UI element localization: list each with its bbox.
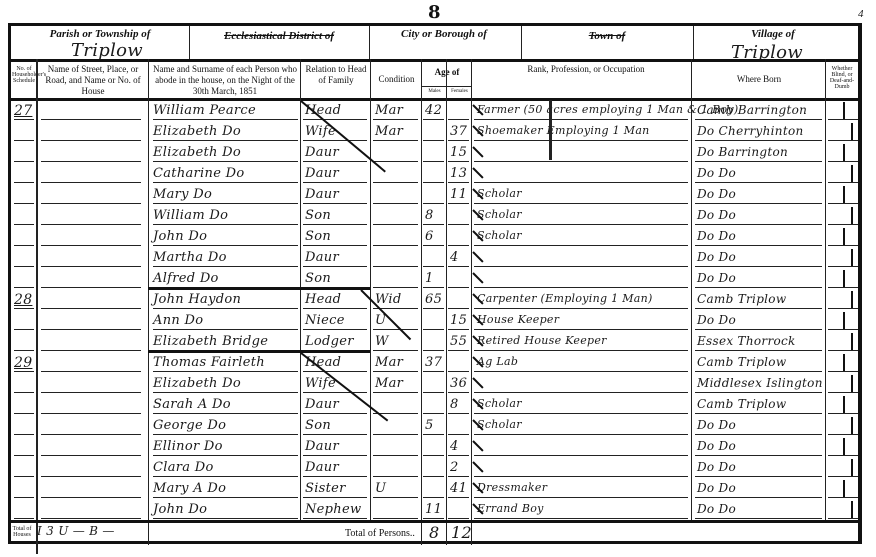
males-header: Males (422, 89, 447, 95)
rule-line (14, 287, 34, 288)
occupation-cell: Shoemaker Employing 1 Man (477, 124, 650, 137)
rule-line (153, 455, 298, 456)
relation-cell: Sister (305, 481, 346, 496)
name-cell: William Do (153, 208, 228, 223)
relation-cell: Head (305, 292, 341, 307)
rule-line (303, 161, 367, 162)
female-age-cell: 41 (450, 481, 467, 496)
tally-mark (851, 291, 853, 308)
column-divider (471, 521, 472, 545)
rule-line (695, 308, 822, 309)
rule-line (41, 245, 141, 246)
relation-header: Relation to Head of Family (301, 64, 371, 86)
rule-line (448, 308, 469, 309)
rule-line (695, 455, 822, 456)
condition-cell: Mar (375, 103, 403, 118)
rule-line (695, 371, 822, 372)
total-males: 8 (429, 523, 439, 542)
born-header: Where Born (693, 74, 825, 85)
birthplace-cell: Do Do (697, 439, 736, 453)
rule-line (303, 140, 367, 141)
rule-line (474, 182, 688, 183)
rule-line (14, 245, 34, 246)
column-divider (421, 59, 422, 521)
rule-line (448, 245, 469, 246)
column-divider (446, 521, 447, 545)
rule-line (828, 413, 858, 414)
tally-mark (851, 501, 853, 518)
rule-line (695, 413, 822, 414)
town-label: Town of (521, 31, 693, 42)
male-age-cell: 8 (425, 208, 434, 223)
female-age-cell: 36 (450, 376, 467, 391)
column-divider (549, 100, 552, 160)
rule-line (828, 119, 858, 120)
relation-cell: Daur (305, 187, 339, 202)
rule-line (14, 413, 34, 414)
rule-line (448, 329, 469, 330)
rule-line (303, 518, 367, 519)
rule-line (373, 266, 418, 267)
birthplace-cell: Do Cherryhinton (697, 124, 804, 138)
rule-line (474, 371, 688, 372)
tally-mark (843, 144, 845, 161)
rule-line (423, 518, 444, 519)
rule-line (695, 182, 822, 183)
relation-cell: Head (305, 355, 341, 370)
birthplace-cell: Middlesex Islington (697, 376, 823, 390)
name-cell: Elizabeth Do (153, 376, 241, 391)
female-age-cell: 55 (450, 334, 467, 349)
rule-line (828, 350, 858, 351)
rule-line (148, 287, 370, 290)
rule-line (695, 224, 822, 225)
rule-line (695, 203, 822, 204)
relation-cell: Son (305, 229, 331, 244)
rule-line (423, 224, 444, 225)
birthplace-cell: Do Do (697, 502, 736, 516)
rule-line (41, 476, 141, 477)
rule-line (14, 161, 34, 162)
rule-line (828, 329, 858, 330)
rule-line (423, 434, 444, 435)
rule-line (153, 266, 298, 267)
rule-line (448, 266, 469, 267)
birthplace-cell: Do Do (697, 187, 736, 201)
rule-line (303, 497, 367, 498)
tally-mark (843, 396, 845, 413)
rule-line (14, 266, 34, 267)
rule-line (423, 287, 444, 288)
rule-line (423, 161, 444, 162)
name-cell: Mary Do (153, 187, 212, 202)
rule-line (448, 182, 469, 183)
rule-line (474, 392, 688, 393)
rule-line (14, 140, 34, 141)
male-age-cell: 37 (425, 355, 442, 370)
relation-cell: Daur (305, 460, 339, 475)
tally-mark (851, 417, 853, 434)
rule-line (828, 392, 858, 393)
rule-line (14, 119, 34, 120)
rule-line (448, 161, 469, 162)
occupation-cell: Errand Boy (477, 502, 544, 515)
column-divider (189, 26, 190, 59)
rule-line (14, 518, 34, 519)
rule-line (423, 329, 444, 330)
rule-line (41, 434, 141, 435)
rule-line (828, 287, 858, 288)
relation-cell: Son (305, 271, 331, 286)
name-cell: Catharine Do (153, 166, 244, 181)
rule-line (423, 392, 444, 393)
rule-line (303, 329, 367, 330)
rule-line (373, 350, 418, 351)
total-houses-label: Total of Houses (12, 526, 32, 538)
rule-line (373, 371, 418, 372)
rule-line (695, 329, 822, 330)
tally-slash (472, 251, 483, 262)
relation-cell: Niece (305, 313, 345, 328)
rule-line (828, 140, 858, 141)
rule-line (695, 287, 822, 288)
tally-mark (851, 249, 853, 266)
rule-line (41, 287, 141, 288)
tally-mark (843, 186, 845, 203)
tally-mark (851, 459, 853, 476)
rule-line (474, 161, 688, 162)
tally-mark (843, 480, 845, 497)
rule-line (153, 518, 298, 519)
rule-line (695, 392, 822, 393)
rule-line (373, 455, 418, 456)
rule-line (828, 518, 858, 519)
rule-line (41, 203, 141, 204)
male-age-cell: 65 (425, 292, 442, 307)
rule-line (828, 266, 858, 267)
rule-line (41, 350, 141, 351)
female-age-cell: 2 (450, 460, 459, 475)
birthplace-cell: Camb Triplow (697, 292, 786, 306)
relation-cell: Daur (305, 439, 339, 454)
tally-slash (472, 146, 483, 157)
rule-line (474, 455, 688, 456)
name-cell: John Haydon (153, 292, 241, 307)
rule-line (153, 182, 298, 183)
name-cell: Clara Do (153, 460, 214, 475)
tally-mark (851, 123, 853, 140)
rule-line (153, 161, 298, 162)
rule-line (153, 308, 298, 309)
rule-line (695, 266, 822, 267)
column-divider (471, 59, 472, 521)
rule-line (423, 350, 444, 351)
rule-line (153, 497, 298, 498)
rule-line (11, 520, 859, 523)
column-divider (421, 521, 422, 545)
column-divider (148, 59, 149, 521)
column-divider (369, 26, 370, 59)
ecclesiastical-label: Ecclesiastical District of (189, 31, 369, 42)
rule-line (153, 245, 298, 246)
rule-line (373, 518, 418, 519)
rule-line (695, 476, 822, 477)
condition-cell: Mar (375, 124, 403, 139)
rule-line (828, 434, 858, 435)
rule-line (14, 476, 34, 477)
male-age-cell: 5 (425, 418, 434, 433)
column-divider (300, 59, 301, 521)
column-divider (36, 59, 38, 554)
rule-line (828, 245, 858, 246)
rule-line (14, 392, 34, 393)
relation-cell: Lodger (305, 334, 354, 349)
birthplace-cell: Do Do (697, 460, 736, 474)
rule-line (423, 497, 444, 498)
parish-value: Triplow (71, 40, 143, 61)
rule-line (153, 119, 298, 120)
rule-line (448, 350, 469, 351)
rule-line (41, 413, 141, 414)
female-age-cell: 15 (450, 313, 467, 328)
census-sheet: Parish or Township of Triplow Ecclesiast… (8, 23, 862, 544)
rule-line (41, 224, 141, 225)
birthplace-cell: Do Do (697, 166, 736, 180)
rule-line (474, 497, 688, 498)
tally-mark (843, 270, 845, 287)
rule-line (695, 518, 822, 519)
total-persons-label: Total of Persons.. (345, 528, 415, 539)
name-cell: Elizabeth Do (153, 124, 241, 139)
relation-cell: Daur (305, 145, 339, 160)
rule-line (153, 434, 298, 435)
rule-line (695, 497, 822, 498)
rule-line (695, 161, 822, 162)
female-age-cell: 4 (450, 250, 459, 265)
rule-line (373, 329, 418, 330)
rule-line (474, 245, 688, 246)
name-cell: John Do (153, 502, 207, 517)
rule-line (423, 308, 444, 309)
name-cell: Thomas Fairleth (153, 355, 265, 370)
tally-slash (472, 440, 483, 451)
occupation-header: Rank, Profession, or Occupation (511, 64, 661, 75)
rule-line (828, 371, 858, 372)
rule-line (153, 476, 298, 477)
rule-line (448, 455, 469, 456)
name-cell: Martha Do (153, 250, 227, 265)
tally-mark (843, 102, 845, 119)
birthplace-cell: Camb Barrington (697, 103, 807, 117)
rule-line (14, 350, 34, 351)
rule-line (11, 59, 859, 62)
occupation-cell: House Keeper (477, 313, 559, 326)
rule-line (303, 224, 367, 225)
schedule-header: No. of Householder's Schedule (12, 66, 36, 84)
rule-line (303, 371, 367, 372)
rule-line (14, 371, 34, 372)
name-cell: George Do (153, 418, 226, 433)
rule-line (303, 182, 367, 183)
rule-line (153, 203, 298, 204)
condition-cell: U (375, 481, 386, 496)
rule-line (303, 476, 367, 477)
relation-cell: Nephew (305, 502, 361, 517)
birthplace-cell: Camb Triplow (697, 355, 786, 369)
rule-line (14, 497, 34, 498)
rule-line (695, 140, 822, 141)
total-houses-value: I 3 U — B — (37, 524, 115, 538)
tally-mark (851, 333, 853, 350)
birthplace-cell: Camb Triplow (697, 397, 786, 411)
rule-line (422, 86, 472, 87)
rule-line (373, 392, 418, 393)
tally-mark (851, 165, 853, 182)
rule-line (423, 413, 444, 414)
rule-line (153, 140, 298, 141)
tally-mark (843, 354, 845, 371)
rule-line (373, 287, 418, 288)
schedule-cell: 28 (14, 292, 32, 308)
rule-line (474, 518, 688, 519)
column-divider (521, 26, 522, 59)
rule-line (153, 392, 298, 393)
rule-line (303, 119, 367, 120)
rule-line (373, 245, 418, 246)
tally-slash (472, 272, 483, 283)
rule-line (474, 224, 688, 225)
rule-line (828, 497, 858, 498)
rule-line (474, 350, 688, 351)
tally-mark (843, 228, 845, 245)
rule-line (153, 329, 298, 330)
birthplace-cell: Do Do (697, 229, 736, 243)
rule-line (41, 329, 141, 330)
female-age-cell: 15 (450, 145, 467, 160)
rule-line (448, 203, 469, 204)
rule-line (11, 98, 859, 101)
tally-slash (472, 167, 483, 178)
rule-line (41, 182, 141, 183)
relation-cell: Daur (305, 250, 339, 265)
rule-line (474, 329, 688, 330)
rule-line (474, 287, 688, 288)
rule-line (423, 455, 444, 456)
birthplace-cell: Do Do (697, 271, 736, 285)
rule-line (828, 224, 858, 225)
rule-line (373, 224, 418, 225)
relation-cell: Daur (305, 166, 339, 181)
rule-line (828, 161, 858, 162)
rule-line (41, 455, 141, 456)
total-females: 12 (451, 523, 472, 542)
rule-line (14, 308, 34, 309)
birthplace-cell: Do Do (697, 481, 736, 495)
rule-line (423, 476, 444, 477)
condition-cell: W (375, 334, 389, 349)
rule-line (148, 350, 370, 353)
females-header: Females (447, 89, 472, 95)
column-divider (148, 521, 149, 545)
rule-line (448, 392, 469, 393)
birthplace-cell: Essex Thorrock (697, 334, 796, 348)
rule-line (423, 371, 444, 372)
relation-cell: Son (305, 418, 331, 433)
rule-line (373, 434, 418, 435)
birthplace-cell: Do Do (697, 313, 736, 327)
tally-mark (843, 438, 845, 455)
rule-line (474, 413, 688, 414)
rule-line (303, 392, 367, 393)
rule-line (41, 119, 141, 120)
rule-line (153, 371, 298, 372)
city-label: City or Borough of (369, 29, 519, 40)
rule-line (448, 287, 469, 288)
rule-line (303, 413, 367, 414)
rule-line (14, 455, 34, 456)
rule-line (695, 350, 822, 351)
rule-line (828, 182, 858, 183)
rule-line (423, 140, 444, 141)
rule-line (373, 476, 418, 477)
rule-line (448, 224, 469, 225)
rule-line (153, 413, 298, 414)
rule-line (474, 266, 688, 267)
rule-line (423, 203, 444, 204)
rule-line (828, 455, 858, 456)
occupation-cell: Retired House Keeper (477, 334, 607, 347)
corner-mark: 4 (858, 8, 864, 20)
occupation-cell: Dressmaker (477, 481, 547, 494)
rule-line (448, 140, 469, 141)
rule-line (423, 182, 444, 183)
male-age-cell: 6 (425, 229, 434, 244)
rule-line (14, 434, 34, 435)
column-divider (691, 59, 692, 521)
birthplace-cell: Do Barrington (697, 145, 788, 159)
rule-line (303, 245, 367, 246)
column-divider (370, 59, 371, 521)
rule-line (423, 245, 444, 246)
rule-line (423, 266, 444, 267)
schedule-cell: 29 (14, 355, 32, 371)
female-age-cell: 8 (450, 397, 459, 412)
column-divider (825, 59, 826, 521)
occupation-cell: Carpenter (Employing 1 Man) (477, 292, 653, 305)
rule-line (448, 413, 469, 414)
name-cell: William Pearce (153, 103, 256, 118)
rule-line (474, 434, 688, 435)
female-age-cell: 4 (450, 439, 459, 454)
birthplace-cell: Do Do (697, 250, 736, 264)
column-divider (446, 59, 447, 521)
rule-line (41, 308, 141, 309)
condition-header: Condition (371, 74, 422, 85)
female-age-cell: 37 (450, 124, 467, 139)
rule-line (14, 224, 34, 225)
rule-line (828, 203, 858, 204)
rule-line (373, 119, 418, 120)
rule-line (153, 224, 298, 225)
condition-cell: Wid (375, 292, 402, 307)
tally-slash (472, 461, 483, 472)
rule-line (448, 497, 469, 498)
page-number: 8 (428, 2, 441, 23)
birthplace-cell: Do Do (697, 208, 736, 222)
rule-line (303, 434, 367, 435)
rule-line (41, 392, 141, 393)
rule-line (14, 182, 34, 183)
